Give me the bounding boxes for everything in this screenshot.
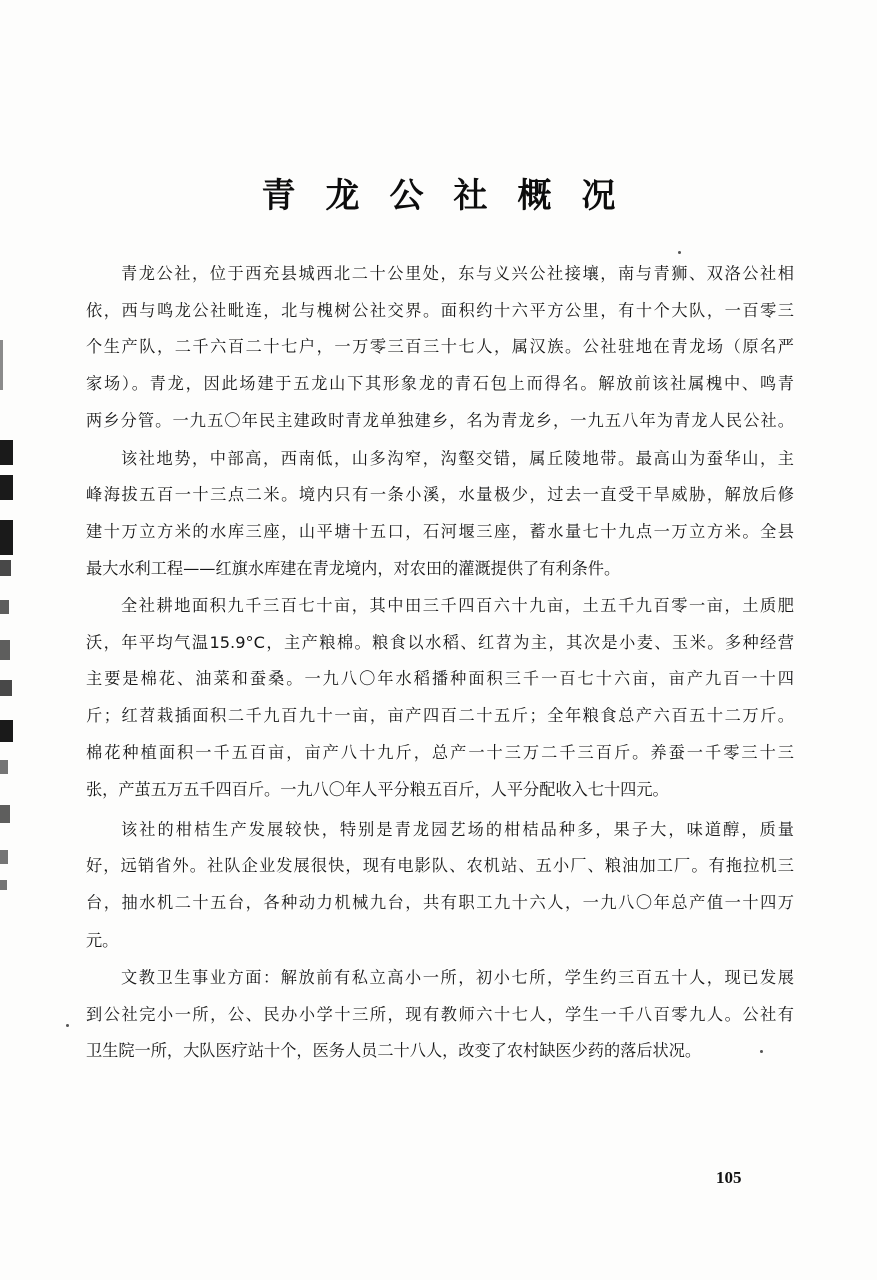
page-title: 青龙公社概况 <box>0 168 877 217</box>
text-line: 主要是棉花、油菜和蚕桑。一九八〇年水稻播种面积三千一百七十六亩，亩产九百一十四 <box>86 669 794 689</box>
text-line: 建十万立方米的水库三座，山平塘十五口，石河堰三座，蓄水量七十九点一万立方米。全县 <box>86 522 794 542</box>
text-line: 张，产茧五万五千四百斤。一九八〇年人平分粮五百斤，人平分配收入七十四元。 <box>86 780 794 800</box>
text-line: 最大水利工程——红旗水库建在青龙境内，对农田的灌溉提供了有利条件。 <box>86 559 794 579</box>
text-line: 青龙公社，位于西充县城西北二十公里处，东与义兴公社接壤，南与青狮、双洛公社相 <box>121 264 794 284</box>
text-line: 斤；红苕栽插面积二千九百九十一亩，亩产四百二十五斤；全年粮食总产六百五十二万斤。 <box>86 706 794 726</box>
text-line: 元。 <box>86 931 794 951</box>
text-line: 沃，年平均气温15.9°C，主产粮棉。粮食以水稻、红苕为主，其次是小麦、玉米。多… <box>86 633 794 653</box>
text-line: 到公社完小一所，公、民办小学十三所，现有教师六十七人，学生一千八百零九人。公社有 <box>86 1005 794 1025</box>
scan-artifact <box>0 520 13 555</box>
text-line: 全社耕地面积九千三百七十亩，其中田三千四百六十九亩，土五千九百零一亩，土质肥 <box>121 596 794 616</box>
scan-artifact <box>0 680 12 696</box>
text-line: 该社的柑桔生产发展较快，特别是青龙园艺场的柑桔品种多，果子大，味道醇，质量 <box>121 820 794 840</box>
text-line: 个生产队，二千六百二十七户，一万零三百三十七人，属汉族。公社驻地在青龙场（原名严 <box>86 337 794 357</box>
scan-speck <box>66 1024 69 1027</box>
scanned-page: 青龙公社概况 青龙公社，位于西充县城西北二十公里处，东与义兴公社接壤，南与青狮、… <box>0 0 877 1280</box>
scan-artifact <box>0 805 10 823</box>
page-number: 105 <box>716 1168 742 1188</box>
scan-artifact <box>0 850 8 864</box>
scan-speck <box>678 251 681 254</box>
text-line: 卫生院一所，大队医疗站十个，医务人员二十八人，改变了农村缺医少药的落后状况。 <box>86 1041 794 1061</box>
scan-artifact <box>0 640 10 660</box>
text-line: 家场）。青龙，因此场建于五龙山下其形象龙的青石包上而得名。解放前该社属槐中、鸣青 <box>86 374 794 394</box>
scan-artifact <box>0 340 3 390</box>
text-line: 好，远销省外。社队企业发展很快，现有电影队、农机站、五小厂、粮油加工厂。有拖拉机… <box>86 856 794 876</box>
text-line: 该社地势，中部高，西南低，山多沟窄，沟壑交错，属丘陵地带。最高山为蚕华山，主 <box>121 449 794 469</box>
scan-artifact <box>0 440 13 465</box>
scan-artifact <box>0 560 11 576</box>
scan-artifact <box>0 600 9 614</box>
scan-artifact <box>0 880 7 890</box>
text-line: 两乡分管。一九五〇年民主建政时青龙单独建乡，名为青龙乡，一九五八年为青龙人民公社… <box>86 411 794 431</box>
scan-artifact <box>0 720 13 742</box>
text-line: 文教卫生事业方面：解放前有私立高小一所，初小七所，学生约三百五十人，现已发展 <box>121 968 794 988</box>
text-line: 台，抽水机二十五台，各种动力机械九台，共有职工九十六人，一九八〇年总产值一十四万 <box>86 893 794 913</box>
text-line: 峰海拔五百一十三点二米。境内只有一条小溪，水量极少，过去一直受干旱威胁，解放后修 <box>86 485 794 505</box>
scan-artifact <box>0 760 8 774</box>
text-line: 棉花种植面积一千五百亩，亩产八十九斤，总产一十三万二千三百斤。养蚕一千零三十三 <box>86 743 794 763</box>
scan-artifact <box>0 475 13 500</box>
text-line: 依，西与鸣龙公社毗连，北与槐树公社交界。面积约十六平方公里，有十个大队，一百零三 <box>86 301 794 321</box>
